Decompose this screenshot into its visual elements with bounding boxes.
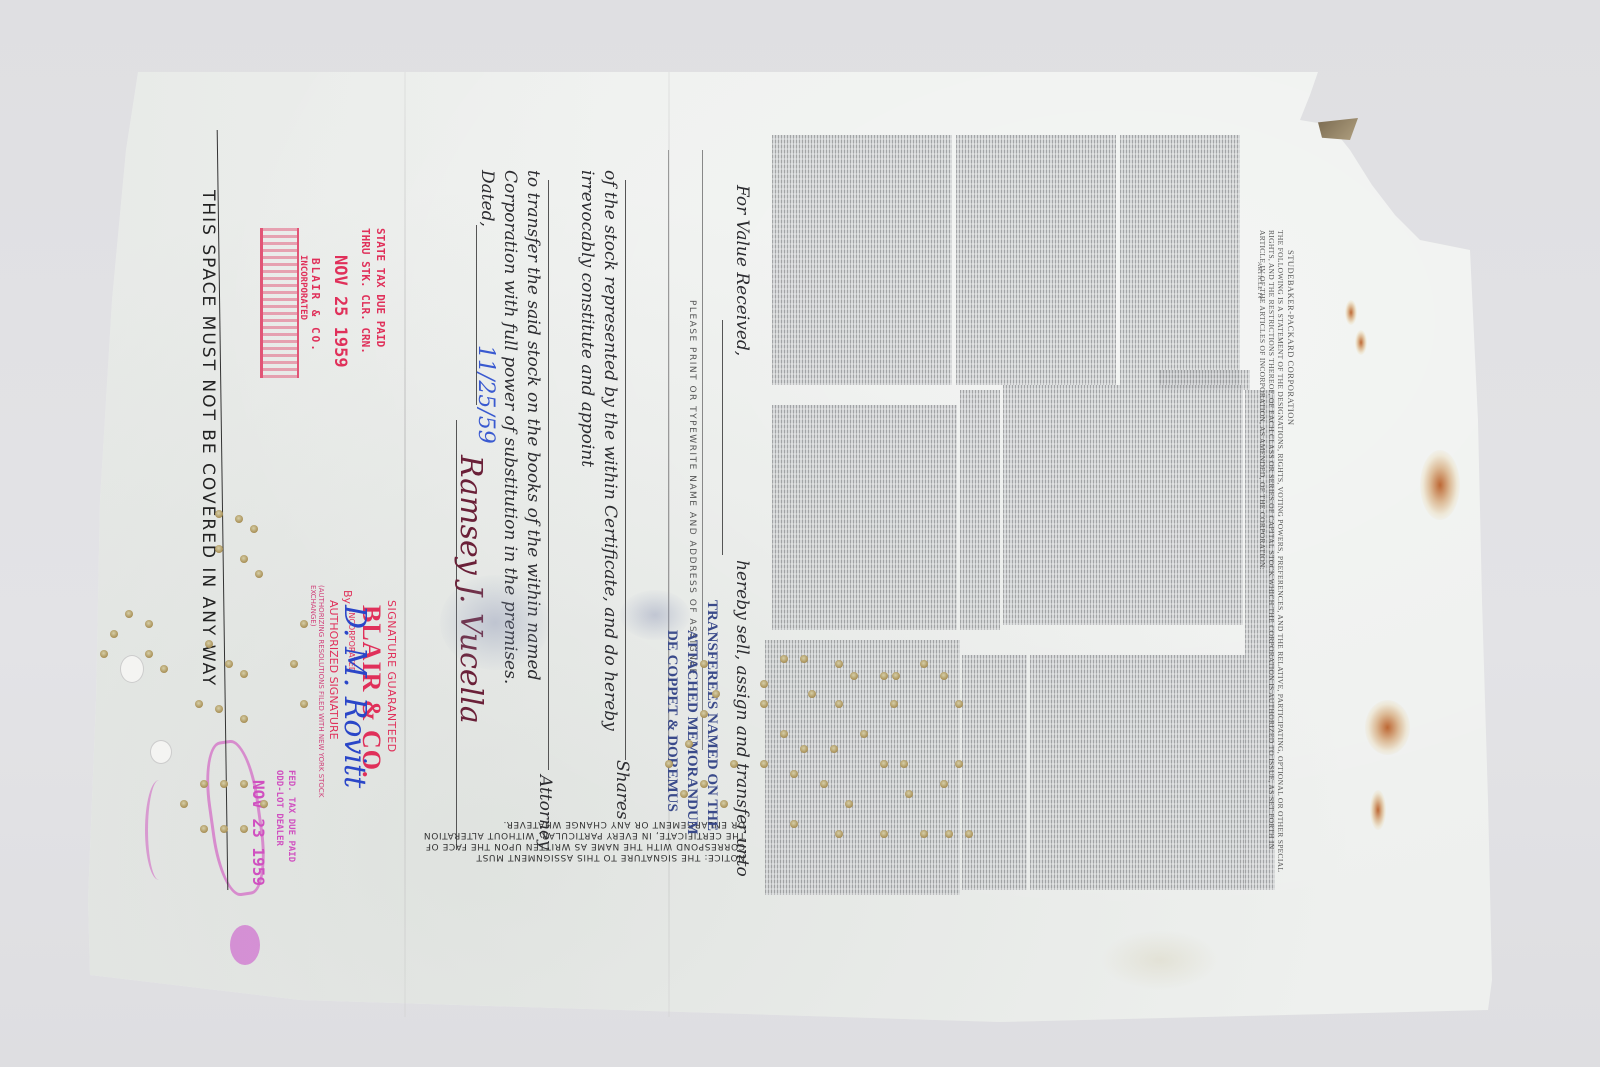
fineprint-column [1030, 655, 1245, 890]
perforation-hole [892, 672, 900, 680]
perforation-hole [920, 660, 928, 668]
fineprint-column [956, 135, 1116, 385]
fineprint-column [960, 390, 1000, 630]
perforation-hole [145, 620, 153, 628]
assignment-line-3: irrevocably constitute and appoint [577, 170, 597, 467]
perforation-hole [195, 700, 203, 708]
guarantor-signature: D. M. Rovitt [337, 605, 372, 788]
perforation-hole [905, 790, 913, 798]
rust-stain [1370, 790, 1386, 830]
perforation-hole [845, 800, 853, 808]
transfer-stamp-line-3: DE COPPET & DOREMUS [663, 630, 680, 812]
tax-stamp-firm: BLAIR & CO. [309, 258, 322, 353]
perforation-hole [820, 780, 828, 788]
perforation-hole [240, 555, 248, 563]
perforation-hole [830, 745, 838, 753]
perforation-hole [200, 780, 208, 788]
perforation-hole [200, 825, 208, 833]
purple-ink-mark [145, 780, 173, 880]
notice-line: CORRESPOND WITH THE NAME AS WRITTEN UPON… [423, 840, 745, 851]
rust-stain [1355, 330, 1367, 355]
tax-stamp-line-1: STATE TAX DUE PAID [374, 228, 387, 347]
perforation-hole [300, 620, 308, 628]
perforation-hole [700, 780, 708, 788]
perforation-hole [665, 760, 673, 768]
fineprint-column [772, 135, 952, 385]
perforation-hole [700, 710, 708, 718]
tax-stamp-line-2: THRU STK. CLR. CRN. [359, 228, 372, 354]
perforation-hole [835, 830, 843, 838]
ink-smudge [440, 575, 550, 670]
purple-ink-blot [230, 925, 260, 965]
perforation-hole [730, 760, 738, 768]
article-label: ARTICLE IV [1256, 262, 1262, 300]
notice-line: NOTICE: THE SIGNATURE TO THIS ASSIGNMENT… [423, 851, 745, 862]
fold-crease [404, 72, 406, 1017]
perforation-hole [180, 800, 188, 808]
shares-line [625, 180, 626, 760]
perforation-hole [100, 650, 108, 658]
perforation-hole [900, 760, 908, 768]
rust-stain [1420, 450, 1460, 520]
assignee-line [722, 320, 723, 555]
perforation-hole [255, 570, 263, 578]
perforation-hole [955, 700, 963, 708]
punch-hole [150, 740, 172, 764]
perforation-hole [290, 660, 298, 668]
fineprint-column [1120, 135, 1240, 385]
perforation-hole [712, 690, 720, 698]
perforation-hole [215, 510, 223, 518]
perforation-hole [680, 790, 688, 798]
perforation-hole [240, 780, 248, 788]
perforation-hole [220, 780, 228, 788]
perforation-hole [790, 770, 798, 778]
perforation-hole [760, 760, 768, 768]
perforation-hole [240, 825, 248, 833]
attorney-line [548, 180, 549, 770]
fineprint-column [772, 405, 957, 630]
authorizing-resolution-text: (AUTHORIZING RESOLUTIONS FILED WITH NEW … [309, 585, 325, 825]
perforation-hole [125, 610, 133, 618]
perforation-hole [215, 545, 223, 553]
dated-label: Dated, [477, 170, 497, 227]
perforation-hole [205, 640, 213, 648]
perforation-hole [235, 515, 243, 523]
issuer-heading: STUDEBAKER-PACKARD CORPORATION [1286, 250, 1296, 850]
fineprint-column [765, 640, 960, 895]
perforation-hole [780, 655, 788, 663]
for-value-received-label: For Value Received, [732, 185, 752, 356]
perforation-hole [790, 820, 798, 828]
perforation-hole [780, 730, 788, 738]
perforation-hole [720, 800, 728, 808]
perforation-hole [835, 700, 843, 708]
statement-heading: THE FOLLOWING IS A STATEMENT OF THE DESI… [1258, 230, 1285, 880]
perforation-hole [760, 680, 768, 688]
perforation-hole [700, 660, 708, 668]
signature-guaranteed-title: SIGNATURE GUARANTEED [385, 600, 398, 753]
perforation-hole [145, 650, 153, 658]
perforation-hole [760, 700, 768, 708]
perforation-hole [685, 740, 693, 748]
handwritten-date: 11/25/59 [473, 345, 498, 444]
rust-stain [1345, 300, 1357, 325]
perforation-hole [945, 830, 953, 838]
perforation-hole [965, 830, 973, 838]
margin-warning: THIS SPACE MUST NOT BE COVERED IN ANY WA… [198, 190, 218, 687]
perforation-hole [225, 660, 233, 668]
perforation-hole [880, 760, 888, 768]
perforation-hole [835, 660, 843, 668]
perforation-hole [880, 672, 888, 680]
perforation-hole [860, 730, 868, 738]
perforation-hole [890, 700, 898, 708]
perforation-hole [920, 830, 928, 838]
fineprint-column [962, 655, 1027, 890]
tax-stamp-signature-block [260, 228, 299, 378]
rust-stain [1365, 700, 1410, 755]
perforation-hole [880, 830, 888, 838]
perforation-hole [800, 655, 808, 663]
perforation-hole [940, 672, 948, 680]
perforation-hole [240, 715, 248, 723]
shares-label: Shares [612, 760, 632, 820]
punch-hole [120, 655, 144, 683]
perforation-hole [110, 630, 118, 638]
fed-tax-line-2: ODD-LOT DEALER [274, 770, 284, 846]
perforation-hole [220, 825, 228, 833]
perforation-hole [260, 800, 268, 808]
perforation-hole [800, 745, 808, 753]
fineprint-column [1003, 385, 1243, 625]
perforation-hole [240, 670, 248, 678]
perforation-hole [808, 690, 816, 698]
by-label: By [341, 590, 354, 604]
perforation-hole [300, 700, 308, 708]
tax-stamp-date: NOV 25 1959 [330, 255, 350, 368]
perforation-hole [250, 525, 258, 533]
tax-stamp-firm-sub: INCORPORATED [298, 255, 308, 320]
fed-tax-line-1: FED. TAX DUE PAID [286, 770, 296, 862]
ink-smudge [620, 590, 690, 640]
perforation-hole [160, 665, 168, 673]
transfer-stamp-line-2: ATTACHED MEMORANDUM [683, 630, 700, 835]
perforation-hole [940, 780, 948, 788]
perforation-hole [215, 705, 223, 713]
water-stain [1100, 930, 1220, 990]
perforation-hole [955, 760, 963, 768]
assignment-line-2: of the stock represented by the within C… [600, 170, 620, 731]
perforation-hole [850, 672, 858, 680]
